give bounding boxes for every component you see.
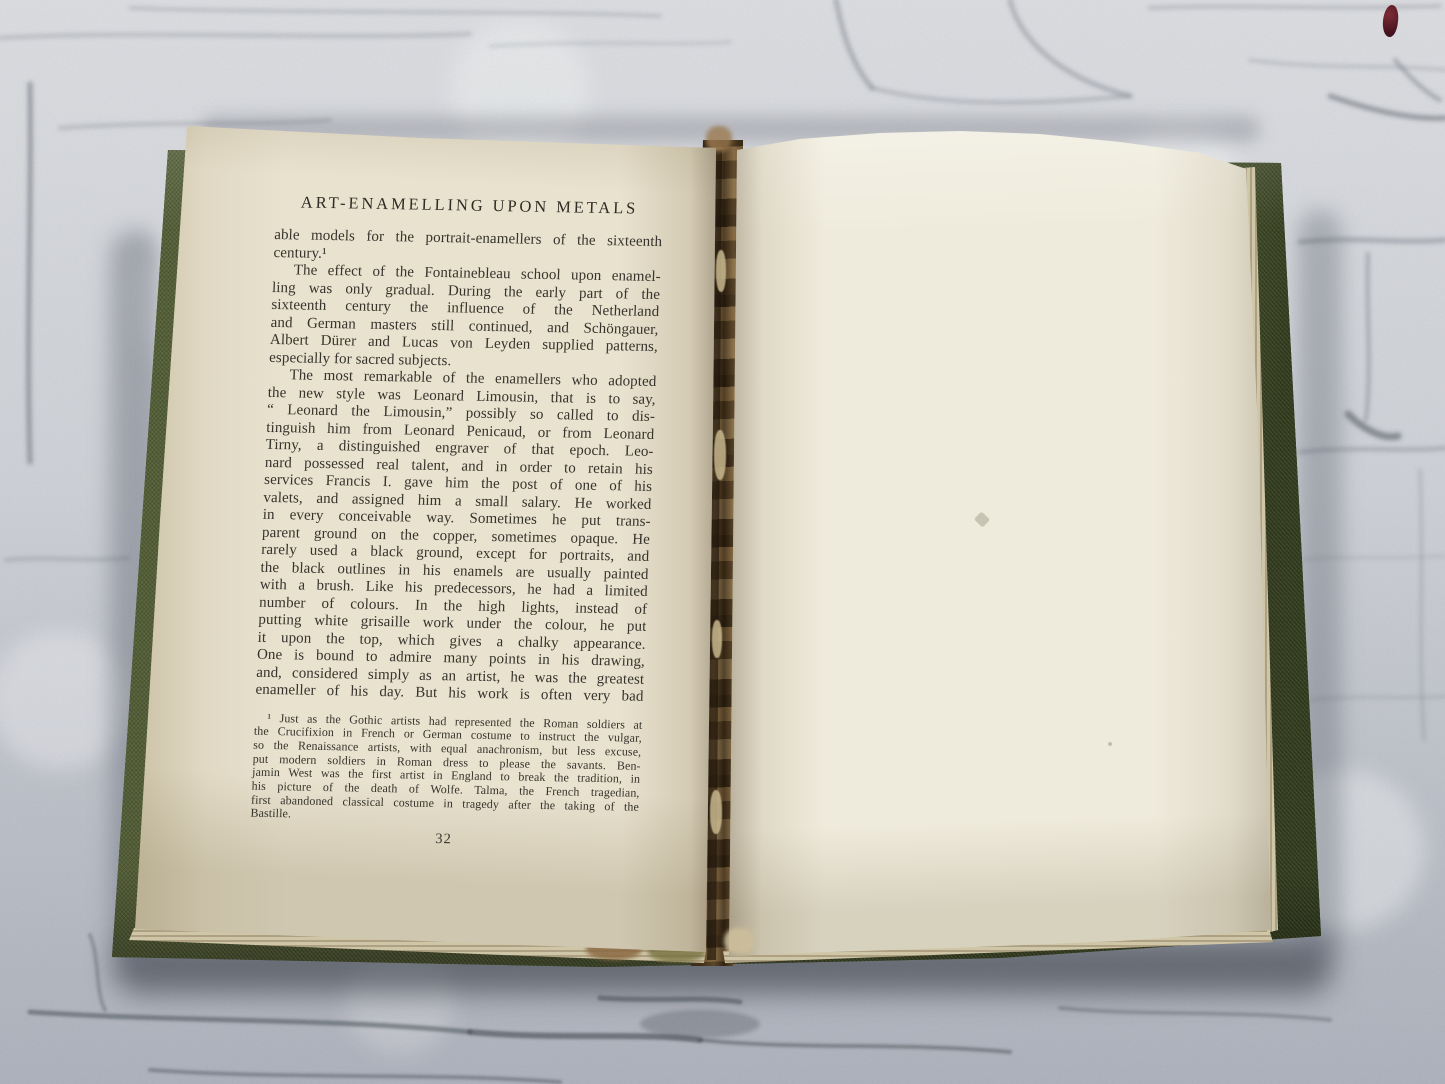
gutter-paper-bit <box>710 790 722 834</box>
body-text: able models for the portrait-enamellers … <box>255 227 662 706</box>
left-page-text: ART-ENAMELLING UPON METALS able models f… <box>249 192 664 852</box>
gutter-paper-bit <box>712 620 722 658</box>
page-speck <box>1108 742 1112 746</box>
gutter-paper-bit <box>714 430 726 480</box>
deckle-corner <box>724 928 754 954</box>
footnote-text: ¹ Just as the Gothic artists had represe… <box>250 711 642 828</box>
gutter-paper-bit <box>716 250 726 292</box>
book-photo-scene: ART-ENAMELLING UPON METALS able models f… <box>0 0 1445 1084</box>
